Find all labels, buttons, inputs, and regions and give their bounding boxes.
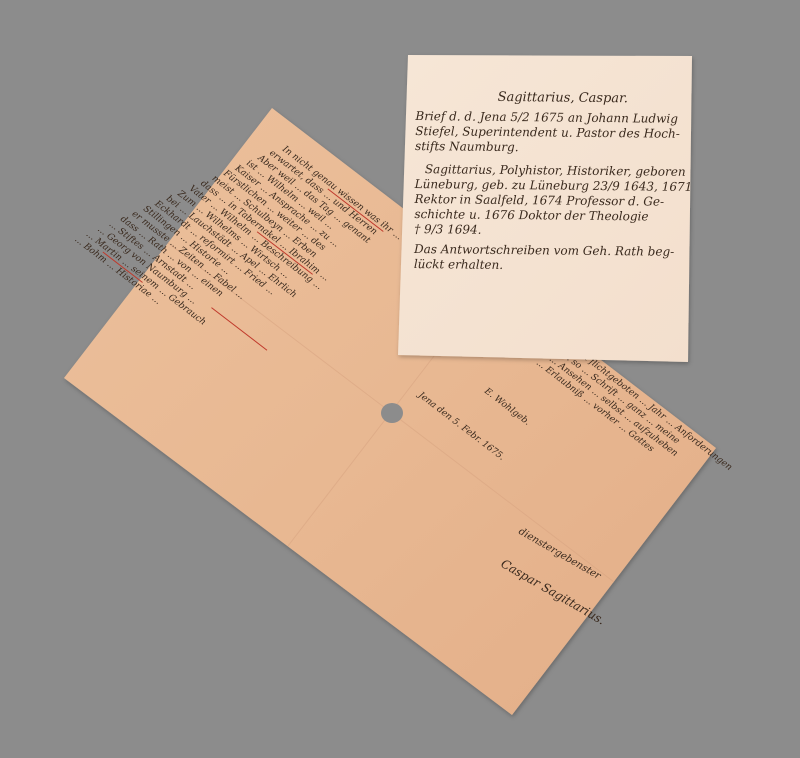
- note-line: Sagittarius, Polyhistor, Historiker, geb…: [425, 162, 686, 179]
- photo-scene: In nicht genau wissen was ihr ... erwart…: [0, 0, 800, 758]
- documents-illustration: In nicht genau wissen was ihr ... erwart…: [0, 0, 800, 758]
- note-line: Rektor in Saalfeld, 1674 Professor d. Ge…: [413, 192, 664, 209]
- punch-hole: [381, 403, 403, 423]
- note-line: Stiefel, Superintendent u. Pastor des Ho…: [415, 124, 680, 141]
- note-card: Sagittarius, Caspar. Brief d. d. Jena 5/…: [398, 55, 693, 362]
- note-line: Brief d. d. Jena 5/2 1675 an Johann Ludw…: [414, 109, 678, 126]
- note-line: lückt erhalten.: [414, 257, 503, 272]
- note-line: Lüneburg, geb. zu Lüneburg 23/9 1643, 16…: [414, 177, 693, 194]
- note-text: Sagittarius, Caspar. Brief d. d. Jena 5/…: [413, 89, 693, 274]
- note-title: Sagittarius, Caspar.: [498, 90, 629, 106]
- note-line: Das Antwortschreiben vom Geh. Rath beg-: [413, 242, 674, 259]
- note-line: schichte u. 1676 Doktor der Theologie: [414, 207, 648, 223]
- note-line: stifts Naumburg.: [415, 139, 519, 154]
- note-line: † 9/3 1694.: [414, 222, 481, 237]
